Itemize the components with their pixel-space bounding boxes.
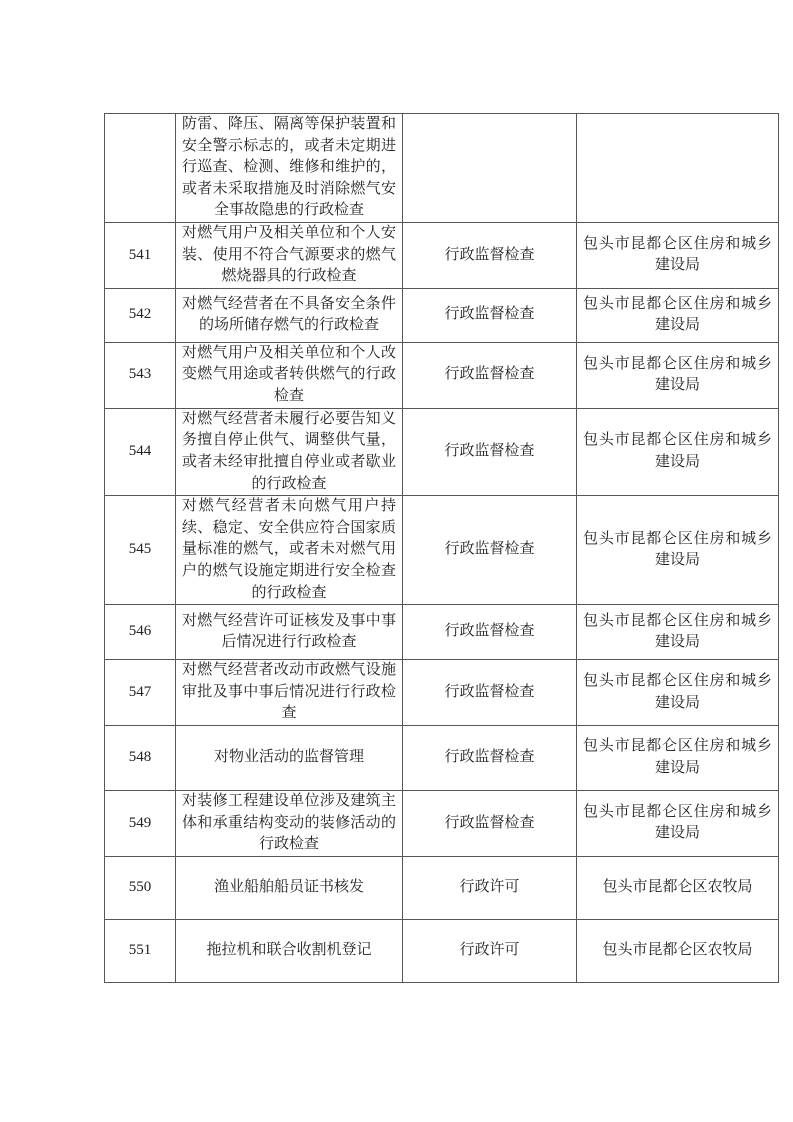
item-name-cell: 对燃气经营许可证核发及事中事后情况进行行政检查	[176, 605, 403, 660]
table-row: 547 对燃气经营者改动市政燃气设施审批及事中事后情况进行行政检查 行政监督检查…	[105, 660, 779, 726]
table-row: 542 对燃气经营者在不具备安全条件的场所储存燃气的行政检查 行政监督检查 包头…	[105, 288, 779, 342]
authority-cell: 包头市昆都仑区住房和城乡建设局	[577, 223, 779, 289]
item-name-cell: 对燃气用户及相关单位和个人安装、使用不符合气源要求的燃气燃烧器具的行政检查	[176, 223, 403, 289]
authority-cell: 包头市昆都仑区农牧局	[577, 856, 779, 919]
item-type-cell: 行政监督检查	[403, 605, 577, 660]
item-type-cell	[403, 114, 577, 223]
authority-cell: 包头市昆都仑区住房和城乡建设局	[577, 408, 779, 495]
authority-cell: 包头市昆都仑区住房和城乡建设局	[577, 342, 779, 408]
row-number-cell	[105, 114, 176, 223]
item-name-cell: 拖拉机和联合收割机登记	[176, 919, 403, 982]
row-number-cell: 548	[105, 725, 176, 790]
authority-cell: 包头市昆都仑区住房和城乡建设局	[577, 790, 779, 856]
item-name-cell: 渔业船舶船员证书核发	[176, 856, 403, 919]
item-name-cell: 防雷、降压、隔离等保护装置和安全警示标志的，或者未定期进行巡查、检测、维修和维护…	[176, 114, 403, 223]
row-number-cell: 546	[105, 605, 176, 660]
authority-cell: 包头市昆都仑区住房和城乡建设局	[577, 660, 779, 726]
item-name-cell: 对燃气经营者改动市政燃气设施审批及事中事后情况进行行政检查	[176, 660, 403, 726]
item-type-cell: 行政监督检查	[403, 496, 577, 605]
item-type-cell: 行政监督检查	[403, 342, 577, 408]
item-name-cell: 对燃气经营者未向燃气用户持续、稳定、安全供应符合国家质量标准的燃气，或者未对燃气…	[176, 496, 403, 605]
items-table: 防雷、降压、隔离等保护装置和安全警示标志的，或者未定期进行巡查、检测、维修和维护…	[104, 113, 779, 983]
item-type-cell: 行政许可	[403, 856, 577, 919]
item-type-cell: 行政监督检查	[403, 790, 577, 856]
row-number-cell: 551	[105, 919, 176, 982]
table-row: 550 渔业船舶船员证书核发 行政许可 包头市昆都仑区农牧局	[105, 856, 779, 919]
item-type-cell: 行政监督检查	[403, 288, 577, 342]
row-number-cell: 542	[105, 288, 176, 342]
item-type-cell: 行政监督检查	[403, 223, 577, 289]
table-row: 546 对燃气经营许可证核发及事中事后情况进行行政检查 行政监督检查 包头市昆都…	[105, 605, 779, 660]
table-row: 551 拖拉机和联合收割机登记 行政许可 包头市昆都仑区农牧局	[105, 919, 779, 982]
authority-cell: 包头市昆都仑区农牧局	[577, 919, 779, 982]
item-name-cell: 对燃气经营者未履行必要告知义务擅自停止供气、调整供气量，或者未经审批擅自停业或者…	[176, 408, 403, 495]
item-type-cell: 行政监督检查	[403, 725, 577, 790]
authority-cell: 包头市昆都仑区住房和城乡建设局	[577, 725, 779, 790]
authority-cell: 包头市昆都仑区住房和城乡建设局	[577, 496, 779, 605]
item-type-cell: 行政许可	[403, 919, 577, 982]
row-number-cell: 549	[105, 790, 176, 856]
table-row: 545 对燃气经营者未向燃气用户持续、稳定、安全供应符合国家质量标准的燃气，或者…	[105, 496, 779, 605]
table-row: 544 对燃气经营者未履行必要告知义务擅自停止供气、调整供气量，或者未经审批擅自…	[105, 408, 779, 495]
item-name-cell: 对燃气经营者在不具备安全条件的场所储存燃气的行政检查	[176, 288, 403, 342]
table-row: 防雷、降压、隔离等保护装置和安全警示标志的，或者未定期进行巡查、检测、维修和维护…	[105, 114, 779, 223]
row-number-cell: 547	[105, 660, 176, 726]
item-name-cell: 对物业活动的监督管理	[176, 725, 403, 790]
authority-cell	[577, 114, 779, 223]
authority-cell: 包头市昆都仑区住房和城乡建设局	[577, 605, 779, 660]
table-row: 543 对燃气用户及相关单位和个人改变燃气用途或者转供燃气的行政检查 行政监督检…	[105, 342, 779, 408]
item-name-cell: 对装修工程建设单位涉及建筑主体和承重结构变动的装修活动的行政检查	[176, 790, 403, 856]
table-row: 541 对燃气用户及相关单位和个人安装、使用不符合气源要求的燃气燃烧器具的行政检…	[105, 223, 779, 289]
row-number-cell: 545	[105, 496, 176, 605]
document-page: 防雷、降压、隔离等保护装置和安全警示标志的，或者未定期进行巡查、检测、维修和维护…	[0, 0, 793, 1122]
table-row: 549 对装修工程建设单位涉及建筑主体和承重结构变动的装修活动的行政检查 行政监…	[105, 790, 779, 856]
row-number-cell: 550	[105, 856, 176, 919]
item-type-cell: 行政监督检查	[403, 408, 577, 495]
authority-cell: 包头市昆都仑区住房和城乡建设局	[577, 288, 779, 342]
table-row: 548 对物业活动的监督管理 行政监督检查 包头市昆都仑区住房和城乡建设局	[105, 725, 779, 790]
row-number-cell: 544	[105, 408, 176, 495]
item-type-cell: 行政监督检查	[403, 660, 577, 726]
row-number-cell: 543	[105, 342, 176, 408]
item-name-cell: 对燃气用户及相关单位和个人改变燃气用途或者转供燃气的行政检查	[176, 342, 403, 408]
row-number-cell: 541	[105, 223, 176, 289]
